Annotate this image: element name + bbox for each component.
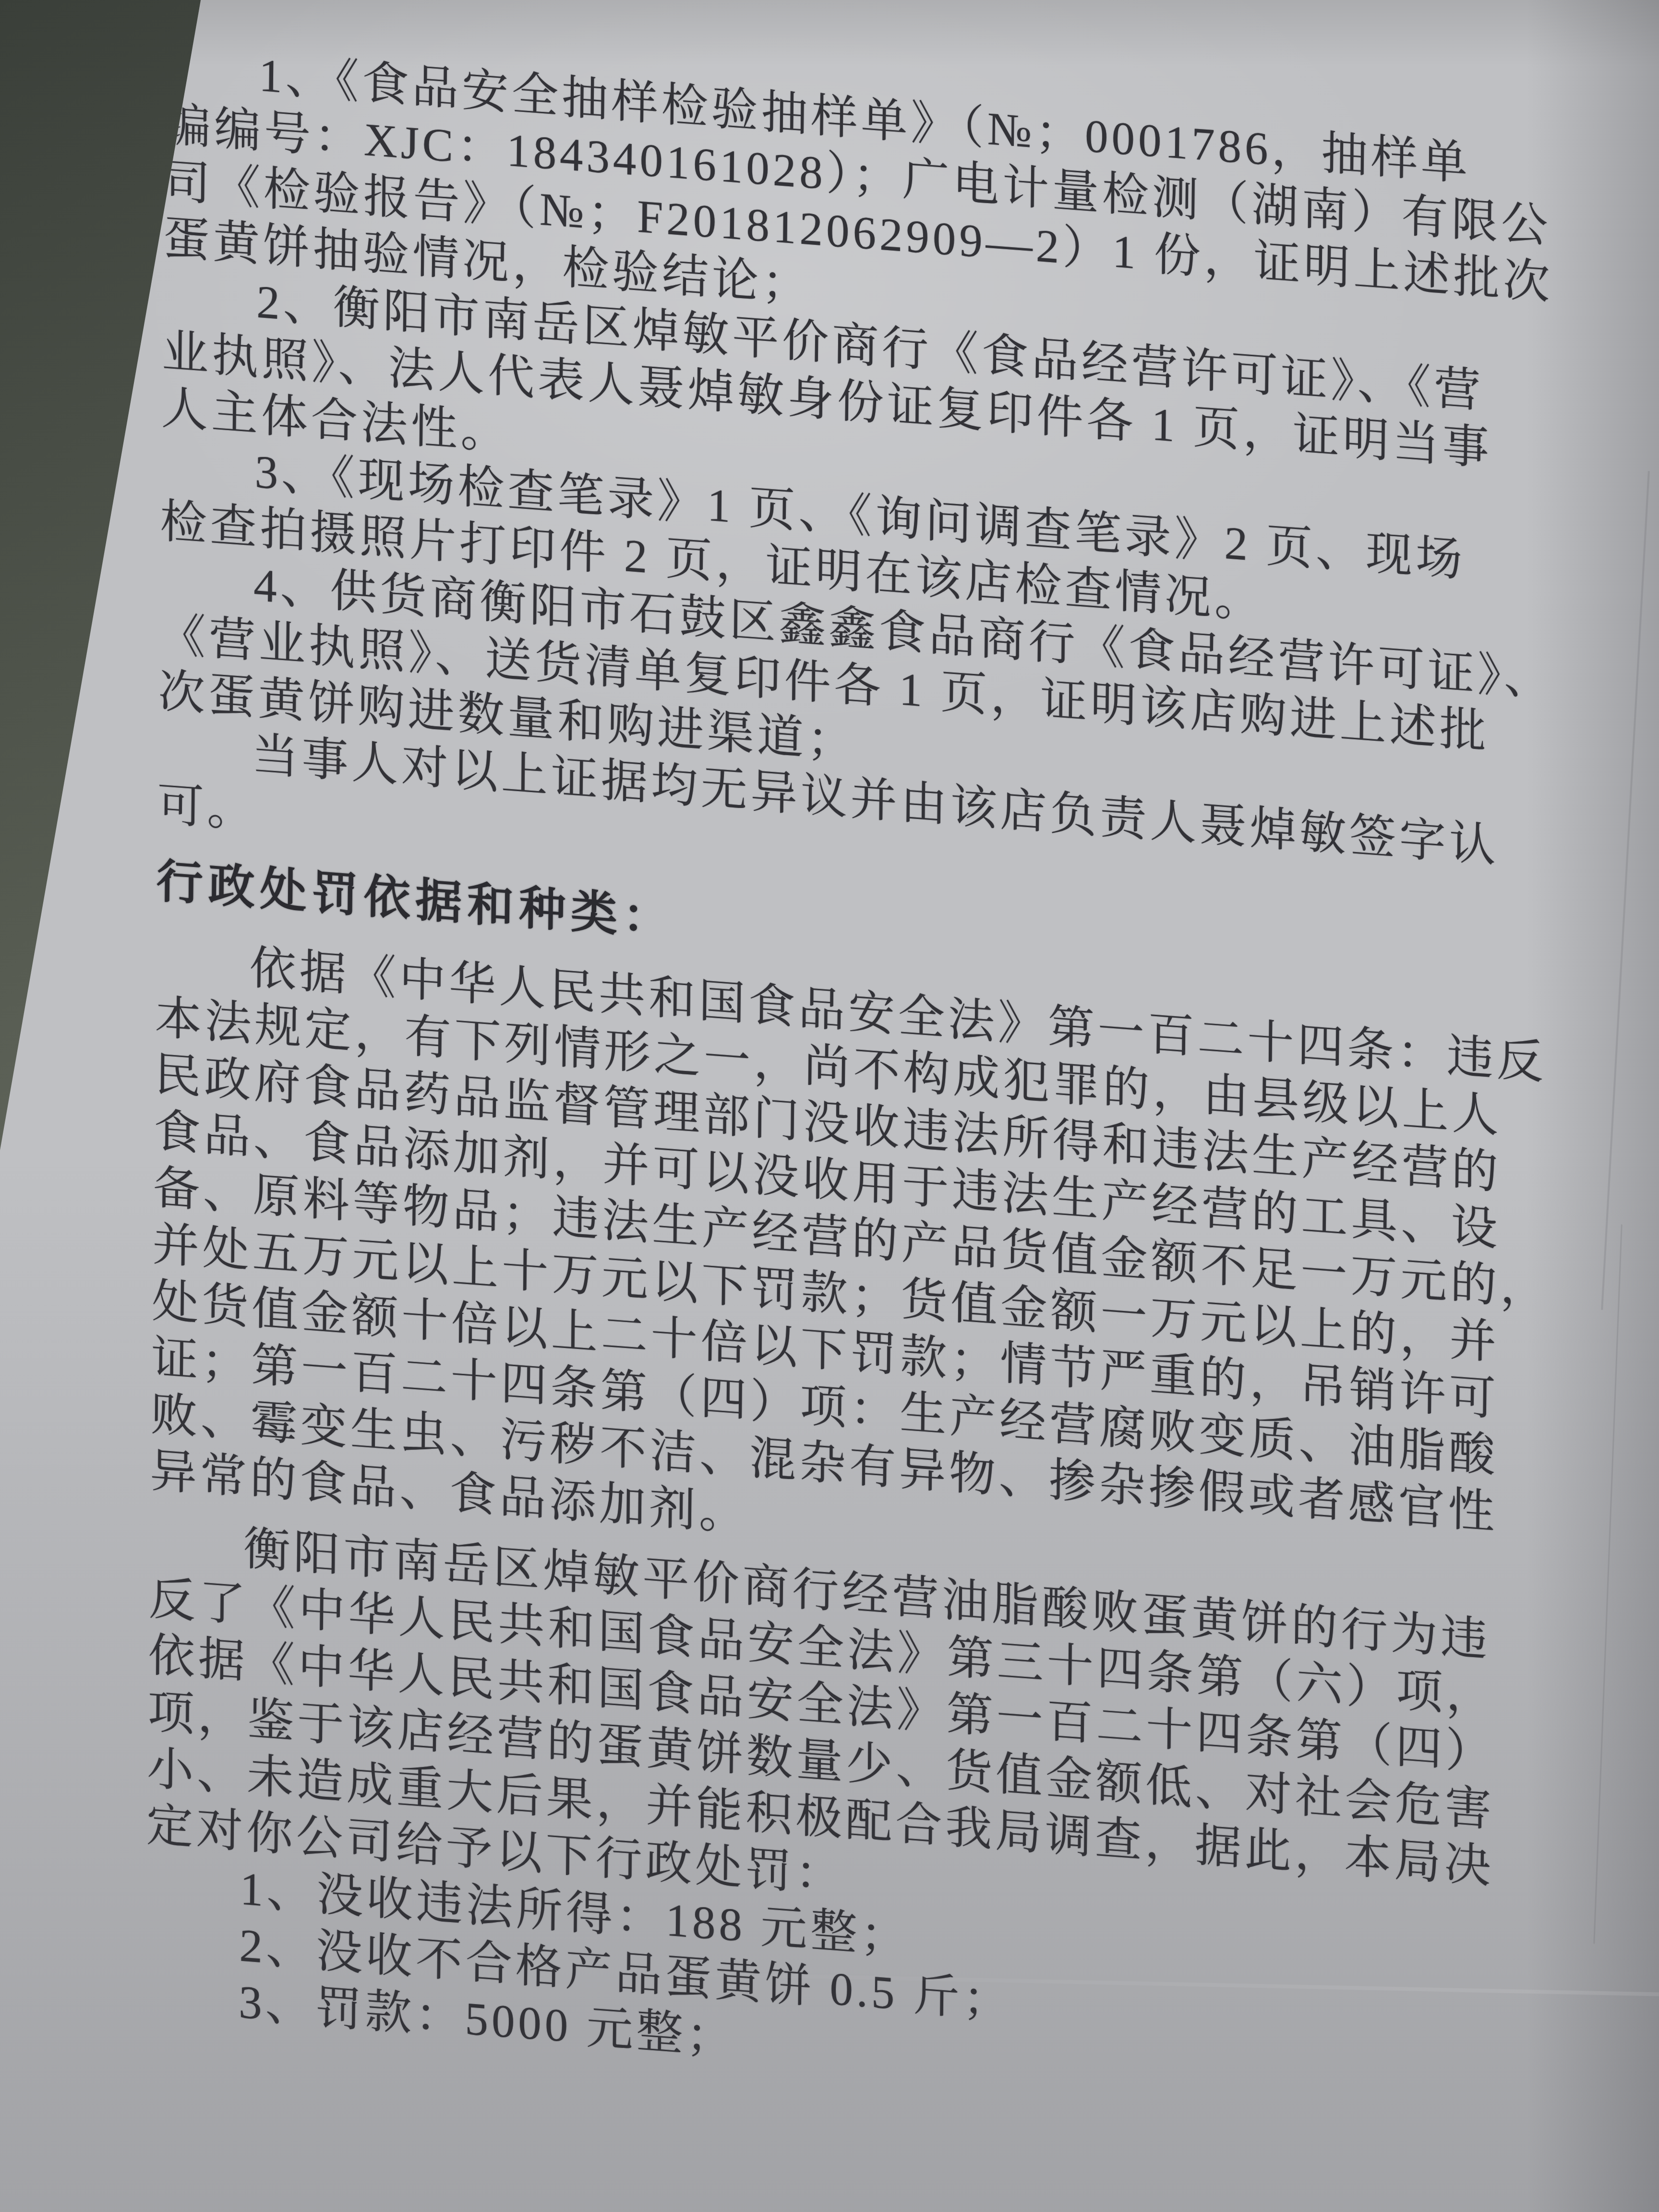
document-text: 1、《食品安全抽样检验抽样单》（№；0001786，抽样单编编号：XJC：184… (0, 0, 1658, 2133)
document-page: 1、《食品安全抽样检验抽样单》（№；0001786，抽样单编编号：XJC：184… (0, 0, 1659, 2212)
document-photo: 1、《食品安全抽样检验抽样单》（№；0001786，抽样单编编号：XJC：184… (0, 0, 1659, 2212)
